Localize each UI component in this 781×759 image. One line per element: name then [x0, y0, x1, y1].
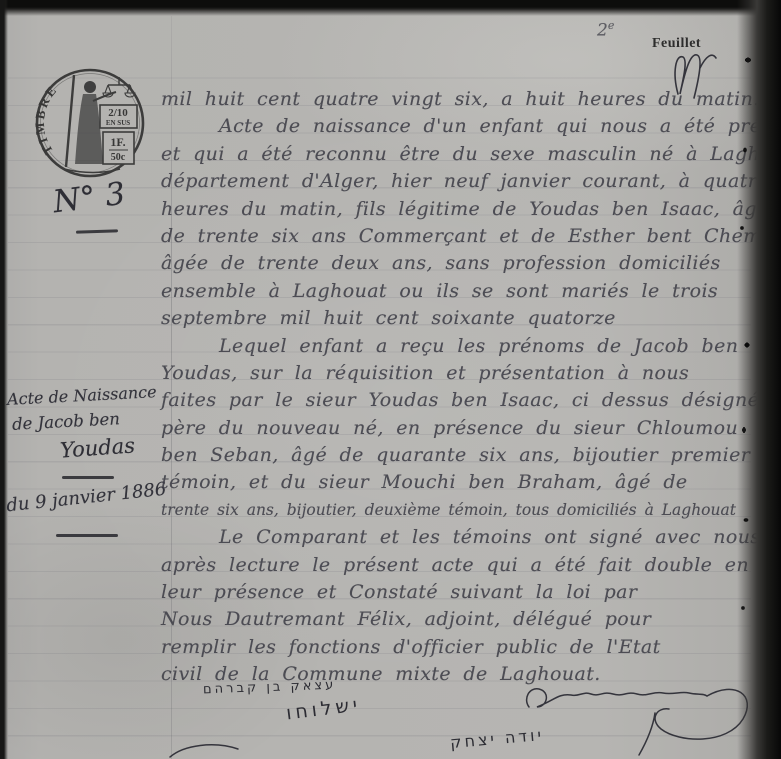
stamp-value-box: 1F. 50c	[103, 132, 134, 164]
stamp-surcharge-box: 2/10 EN SUS	[100, 105, 137, 128]
acte-line: département d'Alger, hier neuf janvier c…	[161, 168, 761, 195]
folio-number-suffix: e	[608, 19, 615, 32]
acte-line: et qui a été reconnu être du sexe mascul…	[161, 141, 761, 168]
folio-number: 2e	[597, 19, 614, 41]
acte-line: Lequel enfant a reçu les prénoms de Jaco…	[161, 333, 761, 360]
act-number: N° 3	[51, 176, 127, 221]
folio-number-digit: 2	[597, 21, 608, 41]
margin-date-underline	[56, 534, 118, 537]
act-body: mil huit cent quatre vingt six, a huit h…	[161, 86, 761, 689]
acte-line: après lecture le présent acte qui a été …	[161, 552, 761, 579]
acte-line: de trente six ans Commerçant et de Esthe…	[161, 223, 761, 250]
stamp-surcharge-fraction: 2/10	[108, 107, 128, 119]
margin-note-underline	[62, 476, 114, 479]
acte-line: remplir les fonctions d'officier public …	[161, 634, 761, 661]
margin-note-line2: de Jacob ben	[12, 409, 121, 434]
act-number-underline	[76, 229, 118, 233]
acte-line: Youdas, sur la réquisition et présentati…	[161, 360, 761, 387]
scan-edge-right	[737, 0, 781, 759]
hebrew-signature-2: ישלוחו	[285, 693, 362, 724]
margin-date-note: du 9 janvier 1886	[5, 479, 167, 517]
acte-line: Acte de naissance d'un enfant qui nous a…	[161, 113, 761, 140]
acte-line: témoin, et du sieur Mouchi ben Braham, â…	[161, 469, 761, 496]
stamp-value-centimes: 50c	[111, 152, 126, 163]
acte-line: Nous Dautremant Félix, adjoint, délégué …	[161, 606, 761, 633]
hebrew-signature-1: עצאק בן קברהם	[203, 678, 337, 698]
document-scan: 2e Feuillet TIMBRE	[0, 0, 781, 759]
acte-line: mil huit cent quatre vingt six, a huit h…	[161, 86, 761, 113]
acte-line: ben Seban, âgé de quarante six ans, bijo…	[161, 442, 761, 469]
acte-line: âgée de trente deux ans, sans profession…	[161, 250, 761, 277]
acte-line: septembre mil huit cent soixante quatorz…	[161, 305, 761, 332]
margin-note-line3: Youdas	[59, 433, 135, 462]
stamp-value-francs: 1F.	[110, 135, 125, 149]
margin-note-line1: Acte de Naissance	[7, 382, 157, 409]
stamp-surcharge-label: EN SUS	[106, 119, 130, 127]
acte-line: leur présence et Constaté suivant la loi…	[161, 579, 761, 606]
cutoff-signature-stroke	[166, 741, 246, 759]
acte-line: faites par le sieur Youdas ben Isaac, ci…	[161, 387, 761, 414]
acte-line: ensemble à Laghouat ou ils se sont marié…	[161, 278, 761, 305]
timbre-stamp: TIMBRE 2/10 EN SUS 1F.	[32, 61, 148, 187]
acte-line: père du nouveau né, en présence du sieur…	[161, 415, 761, 442]
acte-line: Le Comparant et les témoins ont signé av…	[161, 524, 761, 551]
acte-line: trente six ans, bijoutier, deuxième témo…	[161, 497, 761, 524]
scan-edge-top	[0, 0, 781, 16]
scan-edge-left	[0, 0, 8, 759]
acte-line: heures du matin, fils légitime de Youdas…	[161, 196, 761, 223]
